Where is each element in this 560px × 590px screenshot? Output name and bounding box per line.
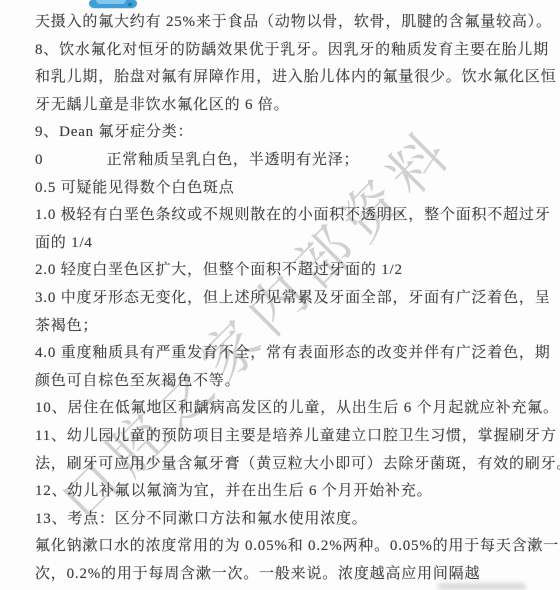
text-line: 1.0 极轻有白垩色条纹或不规则散在的小面积不透明区，整个面积不超过牙	[35, 202, 545, 230]
button-glyph-fragment	[128, 3, 132, 6]
text-line: 茶褐色；	[35, 313, 545, 341]
text-line: 和乳儿期，胎盘对氟有屏障作用，进入胎儿体内的氟量很少。饮水氟化区恒	[35, 64, 545, 92]
text-line: 0 正常釉质呈乳白色，半透明有光泽；	[35, 147, 545, 175]
text-line: 2.0 轻度白垩色区扩大，但整个面积不超过牙面的 1/2	[35, 257, 545, 285]
text-line: 10、居住在低氟地区和龋病高发区的儿童，从出生后 6 个月起就应补充氟。	[35, 395, 545, 423]
document-page: 口腔之家内部资料 天摄入的氟大约有 25%来于食品（动物以骨，软骨，肌腱的含氟量…	[0, 0, 560, 590]
text-line: 牙无龋儿童是非饮水氟化区的 6 倍。	[35, 92, 545, 120]
text-line: 面的 1/4	[35, 230, 545, 258]
text-line: 氟化钠漱口水的浓度常用的为 0.05%和 0.2%两种。0.05%的用于每天含漱…	[35, 533, 545, 561]
text-line: 天摄入的氟大约有 25%来于食品（动物以骨，软骨，肌腱的含氟量较高）。	[35, 9, 545, 37]
bottom-watermark-fragment	[438, 583, 526, 590]
text-line: 11、幼儿园儿童的预防项目主要是培养儿童建立口腔卫生习惯，掌握刷牙方	[35, 423, 545, 451]
text-line: 13、考点：区分不同漱口方法和氟水使用浓度。	[35, 506, 545, 534]
text-line: 4.0 重度釉质具有严重发育不全，常有表面形态的改变并伴有广泛着色，期	[35, 340, 545, 368]
text-line: 8、饮水氟化对恒牙的防龋效果优于乳牙。因乳牙的釉质发育主要在胎儿期	[35, 37, 545, 65]
text-line: 颜色可自棕色至灰褐色不等。	[35, 368, 545, 396]
text-line: 12、幼儿补氟以氟滴为宜，并在出生后 6 个月开始补充。	[35, 478, 545, 506]
clipped-blue-button[interactable]	[89, 0, 137, 8]
text-line: 法，刷牙可应用少量含氟牙膏（黄豆粒大小即可）去除牙菌斑，有效的刷牙。	[35, 451, 545, 479]
document-text: 天摄入的氟大约有 25%来于食品（动物以骨，软骨，肌腱的含氟量较高）。8、饮水氟…	[35, 9, 545, 588]
button-highlight	[96, 0, 126, 4]
text-line: 3.0 中度牙形态无变化，但上述所见常累及牙面全部，牙面有广泛着色，呈	[35, 285, 545, 313]
text-line: 0.5 可疑能见得数个白色斑点	[35, 175, 545, 203]
text-line: 9、Dean 氟牙症分类：	[35, 119, 545, 147]
